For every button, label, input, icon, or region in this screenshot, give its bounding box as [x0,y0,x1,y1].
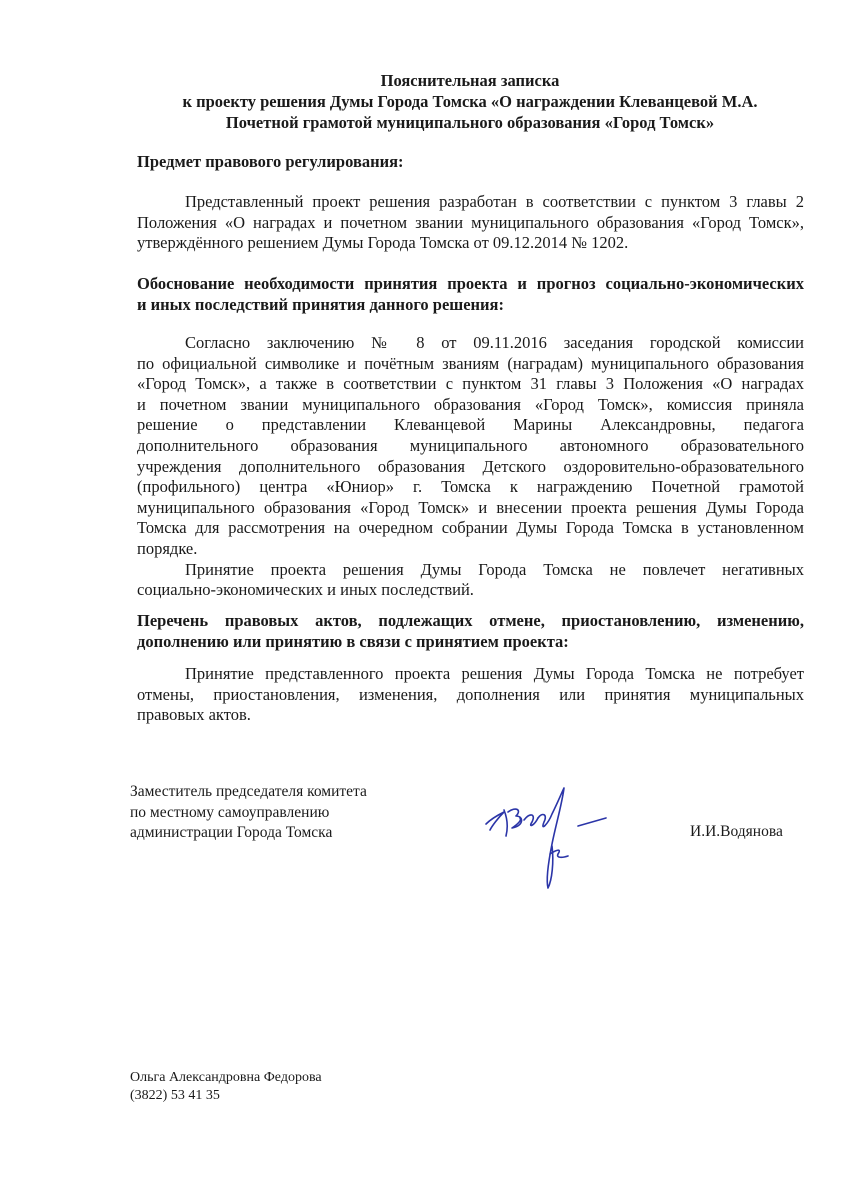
text-line: Представленный проект решения разработан… [137,192,804,213]
section-heading-justification: Обоснование необходимости принятия проек… [137,273,804,315]
text-line: (профильного) центра «Юниор» г. Томска к… [137,477,804,498]
position-line: Заместитель председателя комитета [130,782,367,803]
contact-info: Ольга Александровна Федорова (3822) 53 4… [130,1069,322,1104]
paragraph-subject: Представленный проект решения разработан… [137,192,804,254]
text-line: дополнительного образования муниципально… [137,436,804,457]
document-page: Пояснительная записка к проекту решения … [0,0,850,1202]
section-heading-legal-acts: Перечень правовых актов, подлежащих отме… [137,610,804,652]
text-line: Положения «О наградах и почетном звании … [137,213,804,234]
contact-phone: (3822) 53 41 35 [130,1087,322,1105]
text-line: по официальной символике и почётным зван… [137,354,804,375]
text-line: «Город Томск», а также в соответствии с … [137,374,804,395]
heading-line: Перечень правовых актов, подлежащих отме… [137,610,804,631]
handwritten-signature [478,784,628,894]
text-line: социально-экономических и иных последств… [137,580,804,601]
position-line: по местному самоуправлению [130,803,367,824]
text-line: и почетном звании муниципального образов… [137,395,804,416]
text-line: Томска для рассмотрения на очередном соб… [137,518,804,539]
position-line: администрации Города Томска [130,823,367,844]
signatory-name: И.И.Водянова [690,823,783,841]
paragraph-legal-acts: Принятие представленного проекта решения… [137,664,804,726]
heading-line: Обоснование необходимости принятия проек… [137,273,804,294]
section-heading-subject: Предмет правового регулирования: [137,151,804,172]
title-line-1: Пояснительная записка [130,70,810,91]
text-line: Принятие представленного проекта решения… [137,664,804,685]
heading-line: дополнению или принятию в связи с принят… [137,631,804,652]
document-title: Пояснительная записка к проекту решения … [130,70,810,133]
title-line-2: к проекту решения Думы Города Томска «О … [130,91,810,112]
title-line-3: Почетной грамотой муниципального образов… [130,112,810,133]
contact-name: Ольга Александровна Федорова [130,1069,322,1087]
text-line: учреждения дополнительного образования Д… [137,457,804,478]
paragraph-justification: Согласно заключению № 8 от 09.11.2016 за… [137,333,804,601]
signatory-position: Заместитель председателя комитета по мес… [130,782,367,844]
text-line: утверждённого решением Думы Города Томск… [137,233,804,254]
text-line: решение о представлении Клеванцевой Мари… [137,415,804,436]
text-line: правовых актов. [137,705,804,726]
text-line: муниципального образования «Город Томск»… [137,498,804,519]
text-line: порядке. [137,539,804,560]
text-line: отмены, приостановления, изменения, допо… [137,685,804,706]
heading-line: и иных последствий принятия данного реше… [137,294,804,315]
text-line: Принятие проекта решения Думы Города Том… [137,560,804,581]
text-line: Согласно заключению № 8 от 09.11.2016 за… [137,333,804,354]
